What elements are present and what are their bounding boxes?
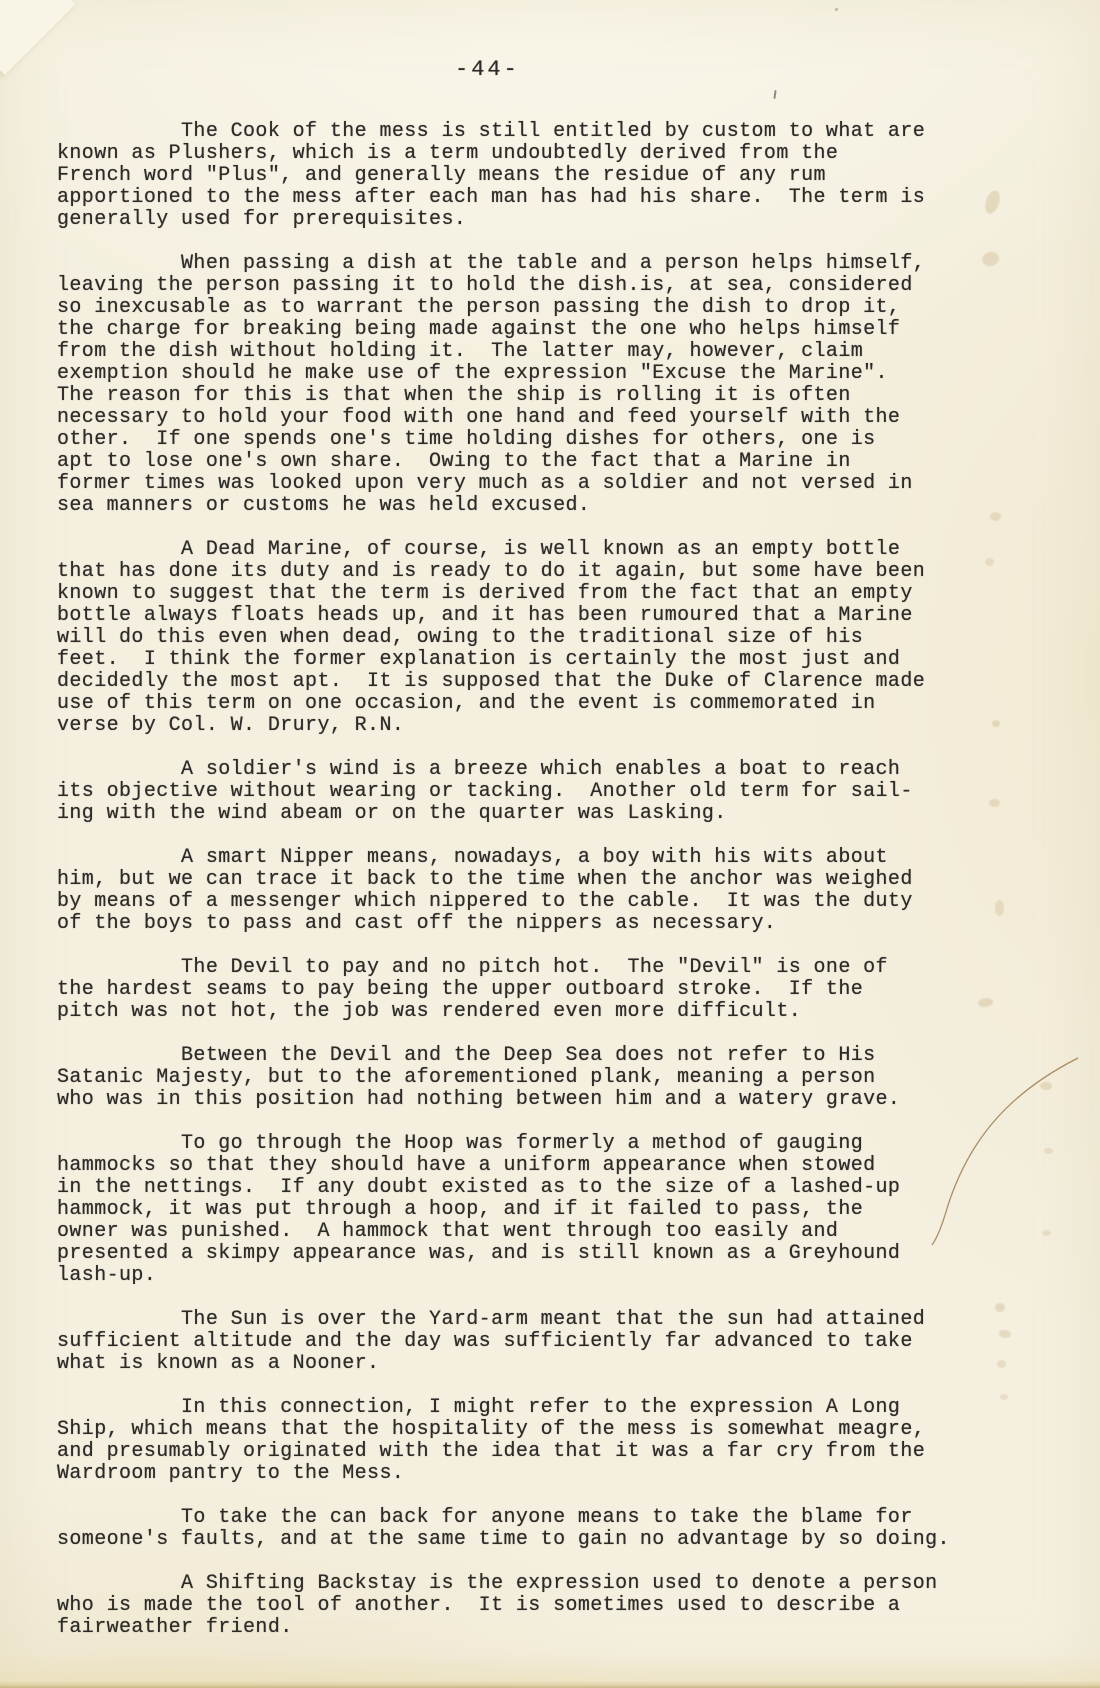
page-number: -44- [455,57,520,82]
paragraph: The Devil to pay and no pitch hot. The "… [57,957,1037,1023]
paragraph: The Cook of the mess is still entitled b… [57,121,1037,231]
paragraph: A soldier's wind is a breeze which enabl… [57,759,1037,825]
bleed-through-mark [1044,1148,1053,1154]
paragraph: A Shifting Backstay is the expression us… [57,1573,1037,1639]
corner-fold [0,0,75,76]
paragraph: Between the Devil and the Deep Sea does … [57,1045,1037,1111]
paragraph: When passing a dish at the table and a p… [57,253,1037,517]
paragraph: A Dead Marine, of course, is well known … [57,539,1037,737]
paragraph: A smart Nipper means, nowadays, a boy wi… [57,847,1037,935]
scan-bottom-edge [0,1681,1100,1688]
typewritten-text-block: The Cook of the mess is still entitled b… [57,121,1037,1661]
bleed-through-mark [995,900,1004,916]
ink-speck [835,8,838,11]
bleed-through-mark [990,512,1001,521]
paragraph: In this connection, I might refer to the… [57,1397,1037,1485]
bleed-through-mark [1000,1394,1008,1400]
paragraph: To take the can back for anyone means to… [57,1507,1037,1551]
bleed-through-mark [985,558,994,566]
bleed-through-mark [997,1360,1006,1368]
bleed-through-mark [1040,1082,1052,1090]
bleed-through-mark [992,720,1000,727]
ink-speck [773,90,776,99]
bleed-through-mark [1042,1230,1051,1236]
paper-aging-bottom [0,1653,1100,1683]
paragraph: To go through the Hoop was formerly a me… [57,1133,1037,1287]
paragraph: The Sun is over the Yard-arm meant that … [57,1309,1037,1375]
document-page: -44- The Cook of the mess is still entit… [0,0,1100,1688]
bleed-through-mark [995,1303,1005,1312]
bleed-through-mark [989,799,1000,807]
